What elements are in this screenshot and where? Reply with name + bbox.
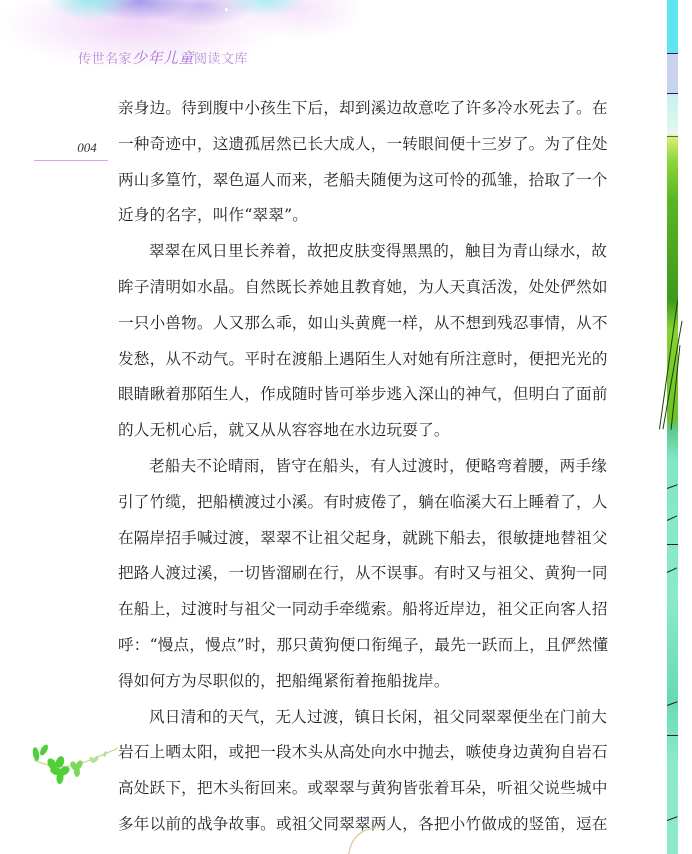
text-line: 高处跃下，把木头衔回来。或翠翠与黄狗皆张着耳朵，听祖父说些城中 <box>118 771 590 807</box>
ink-stroke <box>667 735 678 736</box>
text-line: 把路人渡过溪，一切皆溜刷在行，从不误事。有时又与祖父、黄狗一同 <box>118 556 590 592</box>
text-line: 一种奇迹中，这遗孤居然已长大成人，一转眼间便十三岁了。为了住处 <box>118 127 590 163</box>
ink-stroke <box>667 544 678 545</box>
illustration-edge-strip <box>667 0 678 854</box>
paragraph-1: 亲身边。待到腹中小孩生下后，却到溪边故意吃了许多冷水死去了。在 一种奇迹中，这遗… <box>118 91 590 234</box>
text-line: 的人无机心后，就又从从容容地在水边玩耍了。 <box>118 413 590 449</box>
ink-stroke <box>667 93 678 94</box>
text-line: 岩石上晒太阳，或把一段木头从高处向水中抛去，嗾使身边黄狗自岩石 <box>118 735 590 771</box>
text-line: 一只小兽物。人又那么乖，如山头黄麂一样，从不想到残忍事情，从不 <box>118 306 590 342</box>
clover-vine-icon <box>30 740 120 790</box>
ink-stroke <box>667 701 678 706</box>
body-text: 亲身边。待到腹中小孩生下后，却到溪边故意吃了许多冷水死去了。在 一种奇迹中，这遗… <box>118 91 590 843</box>
text-line: 眼睛瞅着那陌生人，作成随时皆可举步逃入深山的神气，但明白了面前 <box>118 377 590 413</box>
sparkle-dot <box>292 42 295 45</box>
text-line: 风日清和的天气，无人过渡，镇日长闲，祖父同翠翠便坐在门前大 <box>118 700 590 736</box>
text-line: 近身的名字，叫作“翠翠”。 <box>118 198 590 234</box>
text-line: 两山多篁竹，翠色逼人而来，老船夫随便为这可怜的孤雏，拾取了一个 <box>118 163 590 199</box>
text-line: 发愁，从不动气。平时在渡船上遇陌生人对她有所注意时，便把光光的 <box>118 342 590 378</box>
text-line: 亲身边。待到腹中小孩生下后，却到溪边故意吃了许多冷水死去了。在 <box>118 91 590 127</box>
text-line: 老船夫不论晴雨，皆守在船头，有人过渡时，便略弯着腰，两手缘 <box>118 449 590 485</box>
series-title-prefix: 传世名家 <box>78 52 132 67</box>
paragraph-2: 翠翠在风日里长养着，故把皮肤变得黑黑的，触目为青山绿水，故 眸子清明如水晶。自然… <box>118 234 590 449</box>
paragraph-3: 老船夫不论晴雨，皆守在船头，有人过渡时，便略弯着腰，两手缘 引了竹缆，把船横渡过… <box>118 449 590 700</box>
text-line: 眸子清明如水晶。自然既长养她且教育她，为人天真活泼，处处俨然如 <box>118 270 590 306</box>
series-title-suffix: 阅读文库 <box>194 52 248 67</box>
ink-stroke <box>667 136 678 137</box>
sparkle-dot <box>225 8 228 11</box>
book-page: 传世名家少年儿童阅读文库 004 亲身边。待到腹中小孩生下后，却到溪边故意吃了许… <box>0 0 692 854</box>
series-title: 传世名家少年儿童阅读文库 <box>78 47 248 68</box>
sparkle-dot <box>72 50 75 53</box>
grass-blade <box>659 301 678 430</box>
series-title-emphasis: 少年儿童 <box>132 49 194 67</box>
text-line: 引了竹缆，把船横渡过小溪。有时疲倦了，躺在临溪大石上睡着了，人 <box>118 485 590 521</box>
text-line: 在隔岸招手喊过渡，翠翠不让祖父起身，就跳下船去，很敏捷地替祖父 <box>118 521 590 557</box>
text-line: 得如何方为尽职似的，把船绳紧衔着拖船拢岸。 <box>118 664 590 700</box>
ink-stroke <box>667 53 678 54</box>
header-watercolor-decoration <box>0 0 360 80</box>
decorative-arc-icon <box>344 822 384 854</box>
text-line: 呼：“慢点，慢点”时，那只黄狗便口衔绳子，最先一跃而上，且俨然懂 <box>118 628 590 664</box>
ink-stroke <box>667 567 677 573</box>
ink-stroke <box>667 484 678 489</box>
ink-stroke <box>667 816 678 821</box>
page-number-rule <box>34 160 108 161</box>
text-line: 在船上，过渡时与祖父一同动手牵缆索。船将近岸边，祖父正向客人招 <box>118 592 590 628</box>
ink-stroke <box>667 515 677 521</box>
page-number: 004 <box>66 140 108 156</box>
text-line: 翠翠在风日里长养着，故把皮肤变得黑黑的，触目为青山绿水，故 <box>118 234 590 270</box>
